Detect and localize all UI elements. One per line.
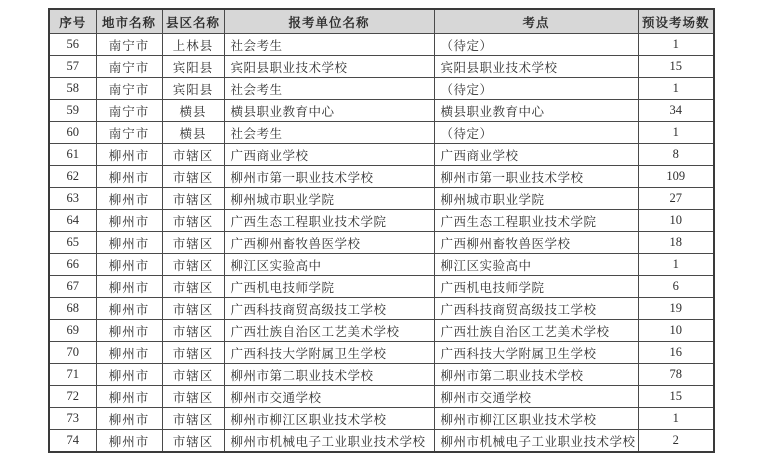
table-row: 58南宁市宾阳县社会考生（待定）1	[49, 78, 714, 100]
cell-unit: 社会考生	[224, 34, 434, 56]
cell-site: （待定）	[434, 34, 638, 56]
table-row: 64柳州市市辖区广西生态工程职业技术学院广西生态工程职业技术学院10	[49, 210, 714, 232]
cell-city: 柳州市	[96, 188, 162, 210]
cell-rooms: 1	[638, 122, 714, 144]
cell-unit: 柳州城市职业学院	[224, 188, 434, 210]
cell-district: 市辖区	[162, 342, 224, 364]
cell-rooms: 27	[638, 188, 714, 210]
cell-seq: 56	[49, 34, 96, 56]
cell-unit: 横县职业教育中心	[224, 100, 434, 122]
cell-unit: 柳江区实验高中	[224, 254, 434, 276]
cell-seq: 67	[49, 276, 96, 298]
cell-rooms: 109	[638, 166, 714, 188]
cell-city: 南宁市	[96, 56, 162, 78]
cell-rooms: 10	[638, 320, 714, 342]
cell-seq: 71	[49, 364, 96, 386]
cell-site: 广西壮族自治区工艺美术学校	[434, 320, 638, 342]
cell-unit: 宾阳县职业技术学校	[224, 56, 434, 78]
cell-unit: 社会考生	[224, 78, 434, 100]
cell-unit: 广西商业学校	[224, 144, 434, 166]
cell-district: 市辖区	[162, 276, 224, 298]
cell-unit: 广西科技商贸高级技工学校	[224, 298, 434, 320]
cell-site: 柳州市第二职业技术学校	[434, 364, 638, 386]
cell-district: 横县	[162, 122, 224, 144]
cell-city: 柳州市	[96, 430, 162, 453]
table-row: 68柳州市市辖区广西科技商贸高级技工学校广西科技商贸高级技工学校19	[49, 298, 714, 320]
cell-unit: 广西柳州畜牧兽医学校	[224, 232, 434, 254]
cell-site: 柳州市交通学校	[434, 386, 638, 408]
cell-site: 广西商业学校	[434, 144, 638, 166]
cell-rooms: 34	[638, 100, 714, 122]
cell-site: 宾阳县职业技术学校	[434, 56, 638, 78]
cell-site: 柳州城市职业学院	[434, 188, 638, 210]
cell-site: 横县职业教育中心	[434, 100, 638, 122]
cell-district: 市辖区	[162, 386, 224, 408]
cell-city: 南宁市	[96, 100, 162, 122]
cell-rooms: 6	[638, 276, 714, 298]
cell-city: 柳州市	[96, 386, 162, 408]
cell-unit: 广西机电技师学院	[224, 276, 434, 298]
header-unit: 报考单位名称	[224, 9, 434, 34]
cell-city: 柳州市	[96, 342, 162, 364]
cell-district: 市辖区	[162, 364, 224, 386]
cell-seq: 64	[49, 210, 96, 232]
cell-district: 市辖区	[162, 210, 224, 232]
cell-site: （待定）	[434, 122, 638, 144]
cell-district: 市辖区	[162, 232, 224, 254]
cell-district: 市辖区	[162, 298, 224, 320]
cell-unit: 柳州市柳江区职业技术学校	[224, 408, 434, 430]
cell-rooms: 15	[638, 56, 714, 78]
cell-seq: 68	[49, 298, 96, 320]
header-site: 考点	[434, 9, 638, 34]
cell-site: 柳州市机械电子工业职业技术学校	[434, 430, 638, 453]
cell-district: 上林县	[162, 34, 224, 56]
table-row: 73柳州市市辖区柳州市柳江区职业技术学校柳州市柳江区职业技术学校1	[49, 408, 714, 430]
cell-district: 市辖区	[162, 430, 224, 453]
cell-unit: 广西生态工程职业技术学院	[224, 210, 434, 232]
table-row: 72柳州市市辖区柳州市交通学校柳州市交通学校15	[49, 386, 714, 408]
table-row: 70柳州市市辖区广西科技大学附属卫生学校广西科技大学附属卫生学校16	[49, 342, 714, 364]
table-row: 59南宁市横县横县职业教育中心横县职业教育中心34	[49, 100, 714, 122]
table-row: 65柳州市市辖区广西柳州畜牧兽医学校广西柳州畜牧兽医学校18	[49, 232, 714, 254]
cell-city: 南宁市	[96, 78, 162, 100]
header-rooms: 预设考场数	[638, 9, 714, 34]
cell-rooms: 1	[638, 408, 714, 430]
cell-site: 广西机电技师学院	[434, 276, 638, 298]
cell-seq: 73	[49, 408, 96, 430]
table-row: 63柳州市市辖区柳州城市职业学院柳州城市职业学院27	[49, 188, 714, 210]
exam-sites-table-wrap: 序号 地市名称 县区名称 报考单位名称 考点 预设考场数 56南宁市上林县社会考…	[48, 8, 715, 453]
header-city: 地市名称	[96, 9, 162, 34]
exam-sites-table: 序号 地市名称 县区名称 报考单位名称 考点 预设考场数 56南宁市上林县社会考…	[48, 8, 715, 453]
cell-seq: 59	[49, 100, 96, 122]
cell-city: 南宁市	[96, 122, 162, 144]
table-row: 66柳州市市辖区柳江区实验高中柳江区实验高中1	[49, 254, 714, 276]
cell-site: 柳江区实验高中	[434, 254, 638, 276]
cell-seq: 63	[49, 188, 96, 210]
cell-site: 柳州市柳江区职业技术学校	[434, 408, 638, 430]
cell-district: 横县	[162, 100, 224, 122]
cell-district: 宾阳县	[162, 78, 224, 100]
table-row: 56南宁市上林县社会考生（待定）1	[49, 34, 714, 56]
cell-site: 广西科技大学附属卫生学校	[434, 342, 638, 364]
cell-city: 柳州市	[96, 210, 162, 232]
cell-seq: 74	[49, 430, 96, 453]
cell-site: 广西生态工程职业技术学院	[434, 210, 638, 232]
table-row: 67柳州市市辖区广西机电技师学院广西机电技师学院6	[49, 276, 714, 298]
cell-city: 柳州市	[96, 408, 162, 430]
table-header-row: 序号 地市名称 县区名称 报考单位名称 考点 预设考场数	[49, 9, 714, 34]
header-district: 县区名称	[162, 9, 224, 34]
cell-city: 柳州市	[96, 298, 162, 320]
cell-district: 市辖区	[162, 166, 224, 188]
cell-seq: 58	[49, 78, 96, 100]
cell-city: 柳州市	[96, 144, 162, 166]
cell-rooms: 10	[638, 210, 714, 232]
cell-rooms: 15	[638, 386, 714, 408]
cell-rooms: 1	[638, 254, 714, 276]
cell-unit: 柳州市机械电子工业职业技术学校	[224, 430, 434, 453]
cell-city: 柳州市	[96, 364, 162, 386]
table-row: 60南宁市横县社会考生（待定）1	[49, 122, 714, 144]
cell-site: （待定）	[434, 78, 638, 100]
cell-district: 市辖区	[162, 188, 224, 210]
cell-rooms: 19	[638, 298, 714, 320]
cell-district: 市辖区	[162, 408, 224, 430]
cell-rooms: 8	[638, 144, 714, 166]
cell-district: 市辖区	[162, 320, 224, 342]
cell-city: 柳州市	[96, 232, 162, 254]
header-seq: 序号	[49, 9, 96, 34]
cell-city: 柳州市	[96, 166, 162, 188]
cell-unit: 柳州市第二职业技术学校	[224, 364, 434, 386]
table-row: 62柳州市市辖区柳州市第一职业技术学校柳州市第一职业技术学校109	[49, 166, 714, 188]
cell-unit: 社会考生	[224, 122, 434, 144]
table-row: 74柳州市市辖区柳州市机械电子工业职业技术学校柳州市机械电子工业职业技术学校2	[49, 430, 714, 453]
table-row: 61柳州市市辖区广西商业学校广西商业学校8	[49, 144, 714, 166]
cell-unit: 柳州市交通学校	[224, 386, 434, 408]
cell-rooms: 18	[638, 232, 714, 254]
cell-seq: 72	[49, 386, 96, 408]
cell-city: 南宁市	[96, 34, 162, 56]
table-row: 71柳州市市辖区柳州市第二职业技术学校柳州市第二职业技术学校78	[49, 364, 714, 386]
cell-seq: 65	[49, 232, 96, 254]
cell-seq: 70	[49, 342, 96, 364]
cell-rooms: 16	[638, 342, 714, 364]
cell-city: 柳州市	[96, 254, 162, 276]
cell-unit: 广西壮族自治区工艺美术学校	[224, 320, 434, 342]
cell-city: 柳州市	[96, 276, 162, 298]
cell-site: 广西柳州畜牧兽医学校	[434, 232, 638, 254]
cell-seq: 57	[49, 56, 96, 78]
table-row: 69柳州市市辖区广西壮族自治区工艺美术学校广西壮族自治区工艺美术学校10	[49, 320, 714, 342]
cell-rooms: 2	[638, 430, 714, 453]
cell-site: 柳州市第一职业技术学校	[434, 166, 638, 188]
cell-site: 广西科技商贸高级技工学校	[434, 298, 638, 320]
cell-rooms: 1	[638, 34, 714, 56]
cell-district: 市辖区	[162, 254, 224, 276]
cell-seq: 66	[49, 254, 96, 276]
cell-seq: 61	[49, 144, 96, 166]
table-row: 57南宁市宾阳县宾阳县职业技术学校宾阳县职业技术学校15	[49, 56, 714, 78]
table-body: 56南宁市上林县社会考生（待定）157南宁市宾阳县宾阳县职业技术学校宾阳县职业技…	[49, 34, 714, 453]
cell-city: 柳州市	[96, 320, 162, 342]
cell-seq: 60	[49, 122, 96, 144]
cell-rooms: 1	[638, 78, 714, 100]
cell-seq: 62	[49, 166, 96, 188]
cell-rooms: 78	[638, 364, 714, 386]
cell-district: 宾阳县	[162, 56, 224, 78]
cell-seq: 69	[49, 320, 96, 342]
cell-unit: 广西科技大学附属卫生学校	[224, 342, 434, 364]
cell-unit: 柳州市第一职业技术学校	[224, 166, 434, 188]
cell-district: 市辖区	[162, 144, 224, 166]
